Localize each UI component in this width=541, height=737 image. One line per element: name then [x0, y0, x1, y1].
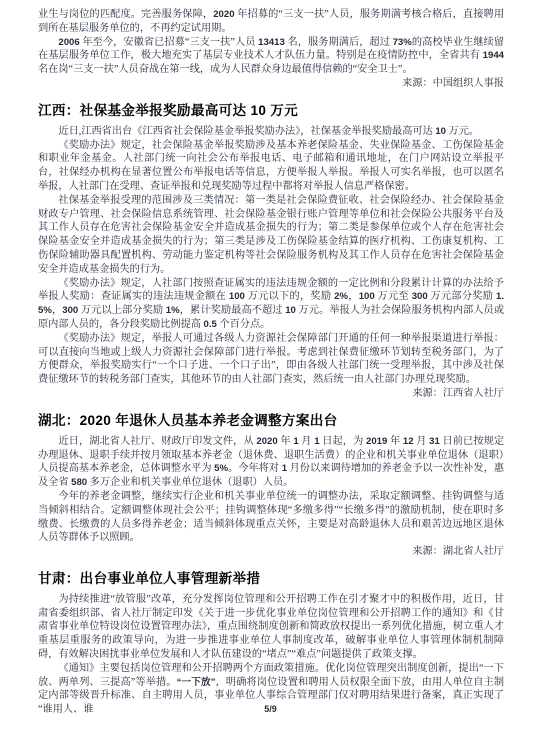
paragraph: 今年的养老金调整，继续实行企业和机关事业单位统一的调整办法，采取定额调整、挂钩调… [38, 490, 504, 545]
document-page: 业生与岗位的匹配度。完善服务保障，2020 年招募的“三支一扶”人员，服务期满考… [0, 0, 541, 737]
text-run: 万元以下的，奖励 [245, 291, 334, 302]
bold-run: 2020 [256, 436, 277, 447]
section-heading: 江西：社保基金举报奖励最高可达 10 万元 [38, 102, 504, 119]
paragraph: 《奖励办法》规定，人社部门按照查证属实的违法违规金额的一定比例和分段累计计算的办… [38, 277, 504, 332]
bold-run: 73% [393, 37, 412, 48]
bold-run: 10 [435, 126, 446, 137]
continuation-block: 业生与岗位的匹配度。完善服务保障，2020 年招募的“三支一扶”人员，服务期满考… [38, 8, 504, 91]
bold-run: 5% [214, 463, 228, 474]
text-run: 名在岗“三支一扶”人员奋战在第一线，成为人民群众身边最值得信赖的“安全卫士”。 [38, 64, 413, 75]
bold-run: 2006 [58, 37, 79, 48]
paragraph: 社保基金举报受理的范围涉及三类情况：第一类是社会保险费征收、社会保险经办、社会保… [38, 194, 504, 277]
text-run: 社保基金举报受理的范围涉及三类情况：第一类是社会保险费征收、社会保险经办、社会保… [38, 195, 504, 275]
text-run: ，累计奖励最高不超过 [180, 305, 286, 316]
source-line: 来源：中国组织人事报 [38, 77, 504, 91]
text-run: 万元至 [375, 291, 412, 302]
text-run: 《奖励办法》规定，举报人可通过各级人力资源社会保障部门开通的任何一种举报渠道进行… [38, 333, 504, 385]
paragraph: 近日,江西省出台《江西省社会保险基金举报奖励办法》，社保基金举报奖励最高可达 1… [38, 125, 504, 139]
bold-run: 2019 [366, 436, 387, 447]
bold-run: 300 [412, 291, 428, 302]
section-heading: 湖北：2020 年退休人员基本养老金调整方案出台 [38, 412, 504, 429]
bold-run: 300 [62, 305, 78, 316]
text-run: 名，服务期满后，超过 [285, 37, 393, 48]
text-run: ， [348, 291, 359, 302]
text-run: 年 [278, 436, 294, 447]
text-run: 年至今，安徽省已招募“三支一扶”人员 [80, 37, 258, 48]
paragraph: 业生与岗位的匹配度。完善服务保障，2020 年招募的“三支一扶”人员，服务期满考… [38, 8, 504, 36]
bold-run: 100 [229, 291, 245, 302]
text-run: 个百分点。 [217, 319, 270, 330]
document-content: 业生与岗位的匹配度。完善服务保障，2020 年招募的“三支一扶”人员，服务期满考… [38, 8, 504, 717]
text-run: 万元。 [446, 126, 479, 137]
text-run: 多万企业和机关事业单位退休（退职）人员。 [87, 477, 293, 488]
paragraph: 为持续推进“放管服”改革，充分发挥岗位管理和公开招聘工作在引才聚才中的积极作用，… [38, 593, 504, 662]
bold-run: 100 [359, 291, 375, 302]
text-run: 《奖励办法》规定，社会保险基金举报奖励涉及基本养老保险基金、失业保险基金、工伤保… [38, 140, 504, 192]
bold-run: 580 [71, 477, 87, 488]
source-line: 来源：湖北省人社厅 [38, 545, 504, 559]
bold-run: 12 [403, 436, 414, 447]
bold-run: 31 [429, 436, 440, 447]
paragraph: 2006 年至今，安徽省已招募“三支一扶”人员 13413 名，服务期满后，超过… [38, 36, 504, 77]
paragraph: 《奖励办法》规定，社会保险基金举报奖励涉及基本养老保险基金、失业保险基金、工伤保… [38, 139, 504, 194]
news-section: 湖北：2020 年退休人员基本养老金调整方案出台近日，湖北省人社厅、财政厅印发文… [38, 412, 504, 559]
paragraph: 近日，湖北省人社厅、财政厅印发文件，从 2020 年 1 月 1 日起，为 20… [38, 435, 504, 490]
text-run: 为持续推进“放管服”改革，充分发挥岗位管理和公开招聘工作在引才聚才中的积极作用，… [38, 594, 504, 660]
text-run: 日起，为 [320, 436, 366, 447]
bold-run: 0.5 [204, 319, 217, 330]
bold-run: 10 [285, 305, 296, 316]
news-section: 江西：社保基金举报奖励最高可达 10 万元近日,江西省出台《江西省社会保险基金举… [38, 102, 504, 401]
source-line: 来源：江西省人社厅 [38, 387, 504, 401]
text-run: 业生与岗位的匹配度。完善服务保障， [38, 9, 213, 20]
bold-run: 1944 [483, 50, 504, 61]
text-run: 。今年将对 [228, 463, 282, 474]
text-run: 近日,江西省出台《江西省社会保险基金举报奖励办法》，社保基金举报奖励最高可达 [58, 126, 435, 137]
bold-run: “一下放” [177, 677, 216, 688]
bold-run: 2% [334, 291, 348, 302]
text-run: 万元以上部分奖励 [78, 305, 166, 316]
text-run: ， [52, 305, 62, 316]
text-run: 今年的养老金调整，继续实行企业和机关事业单位统一的调整办法，采取定额调整、挂钩调… [38, 491, 504, 543]
section-heading: 甘肃：出台事业单位人事管理新举措 [38, 570, 504, 587]
news-section: 甘肃：出台事业单位人事管理新举措为持续推进“放管服”改革，充分发挥岗位管理和公开… [38, 570, 504, 717]
text-run: 月 [299, 436, 315, 447]
text-run: 年 [387, 436, 403, 447]
bold-run: 1% [166, 305, 180, 316]
bold-run: 2020 [213, 9, 234, 20]
paragraph: 《奖励办法》规定，举报人可通过各级人力资源社会保障部门开通的任何一种举报渠道进行… [38, 332, 504, 387]
text-run: 月 [414, 436, 430, 447]
page-number: 5/9 [0, 704, 541, 714]
text-run: 近日，湖北省人社厅、财政厅印发文件，从 [58, 436, 256, 447]
bold-run: 13413 [258, 37, 285, 48]
text-run: 万元部分奖励 [428, 291, 496, 302]
